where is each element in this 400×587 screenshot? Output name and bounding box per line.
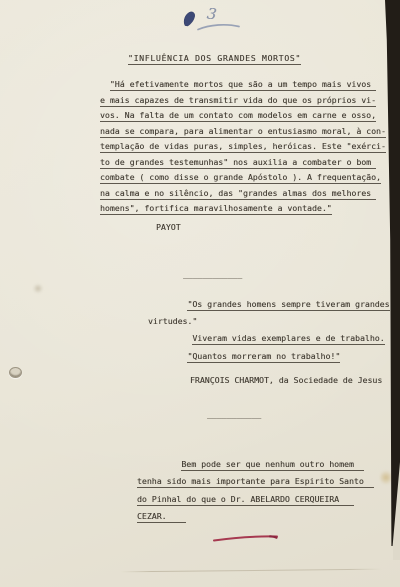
typed-line-text: nada se compara, para alimentar o entusi… [100, 126, 386, 138]
document-page: "INFLUÊNCIA DOS GRANDES MORTOS" "Há efet… [0, 0, 400, 587]
red-pen-mark-tip [270, 536, 277, 537]
typed-line: "Os grandes homens sempre tiveram grande… [148, 296, 390, 313]
scanner-dark-edge [385, 0, 400, 546]
charmot-attribution: FRANÇOIS CHARMOT, da Sociedade de Jesus [190, 373, 382, 387]
typed-line: ___________ [207, 407, 261, 422]
closing-statement: Bem pode ser que nenhum outro homem tenh… [137, 456, 374, 525]
typed-line: "Quantos morreram no trabalho!" [148, 348, 390, 365]
stain [380, 470, 392, 485]
backing-paper-edge [393, 460, 400, 560]
typed-line-text: templação de vidas puras, simples, herói… [100, 141, 386, 153]
payot-attribution: PAYOT [156, 220, 181, 234]
ink-blot [184, 12, 195, 26]
typed-line-text: do Pinhal do que o Dr. ABELARDO CERQUEIR… [137, 494, 354, 506]
charmot-attribution-text: FRANÇOIS CHARMOT, da Sociedade de Jesus [190, 375, 382, 385]
typed-line: ____________ [183, 267, 242, 282]
typed-line: tenha sido mais importante para Espirito… [137, 473, 374, 490]
section-divider: ____________ [183, 267, 242, 282]
typed-line: combate ( como disse o grande Apóstolo )… [100, 170, 386, 186]
typed-line: templação de vidas puras, simples, herói… [100, 139, 386, 155]
section-divider: ___________ [207, 407, 261, 422]
typed-line-text: to de grandes testemunhas" nos auxilia a… [100, 157, 376, 169]
second-quote: "Os grandes homens sempre tiveram grande… [148, 296, 390, 365]
typed-line-text: "Os grandes homens sempre tiveram grande… [187, 299, 389, 311]
payot-attribution-text: PAYOT [156, 222, 181, 232]
typed-line-text: ___________ [207, 409, 261, 419]
handwritten-page-number: 3 [206, 4, 218, 23]
typed-line: homens", fortifica maravilhosamente a vo… [100, 201, 386, 217]
stain [33, 284, 43, 293]
typed-line-text: "Há efetivamente mortos que são a um tem… [110, 79, 376, 91]
typed-line-text: combate ( como disse o grande Apóstolo )… [100, 172, 381, 184]
typed-line: CEZAR. [137, 508, 374, 525]
typed-line: na calma e no silêncio, das "grandes alm… [100, 186, 386, 202]
typed-line: nada se compara, para alimentar o entusi… [100, 124, 386, 140]
document-title-text: "INFLUÊNCIA DOS GRANDES MORTOS" [128, 53, 301, 65]
red-pen-mark [214, 536, 277, 540]
typed-line: Viveram vidas exemplares e de trabalho. [148, 330, 390, 347]
typed-line-text: vos. Na falta de um contato com modelos … [100, 110, 376, 122]
typed-line: "Há efetivamente mortos que são a um tem… [100, 77, 386, 93]
typed-line-text: e mais capazes de transmitir vida do que… [100, 95, 376, 107]
main-quote: "Há efetivamente mortos que são a um tem… [100, 77, 386, 217]
punch-hole [9, 367, 22, 378]
typed-line-text: Bem pode ser que nenhum outro homem [181, 459, 363, 471]
typed-line: virtudes." [148, 313, 390, 330]
typed-line: to de grandes testemunhas" nos auxilia a… [100, 155, 386, 171]
typed-line: do Pinhal do que o Dr. ABELARDO CERQUEIR… [137, 491, 374, 508]
document-title: "INFLUÊNCIA DOS GRANDES MORTOS" [128, 51, 301, 65]
typed-line-text: Viveram vidas exemplares e de trabalho. [192, 333, 384, 345]
typed-line-text: "Quantos morreram no trabalho!" [187, 351, 340, 363]
typed-line-text: na calma e no silêncio, das "grandes alm… [100, 188, 376, 200]
typed-line-text: ____________ [183, 269, 242, 279]
typed-line-text: tenha sido mais importante para Espirito… [137, 476, 374, 488]
paper-crease [120, 569, 382, 573]
typed-line-text: virtudes." [148, 316, 197, 326]
typed-line: Bem pode ser que nenhum outro homem [137, 456, 374, 473]
typed-line: e mais capazes de transmitir vida do que… [100, 93, 386, 109]
typed-line-text: CEZAR. [137, 511, 186, 523]
typed-line: vos. Na falta de um contato com modelos … [100, 108, 386, 124]
pencil-underline [198, 25, 239, 30]
typed-line-text: homens", fortifica maravilhosamente a vo… [100, 203, 332, 215]
